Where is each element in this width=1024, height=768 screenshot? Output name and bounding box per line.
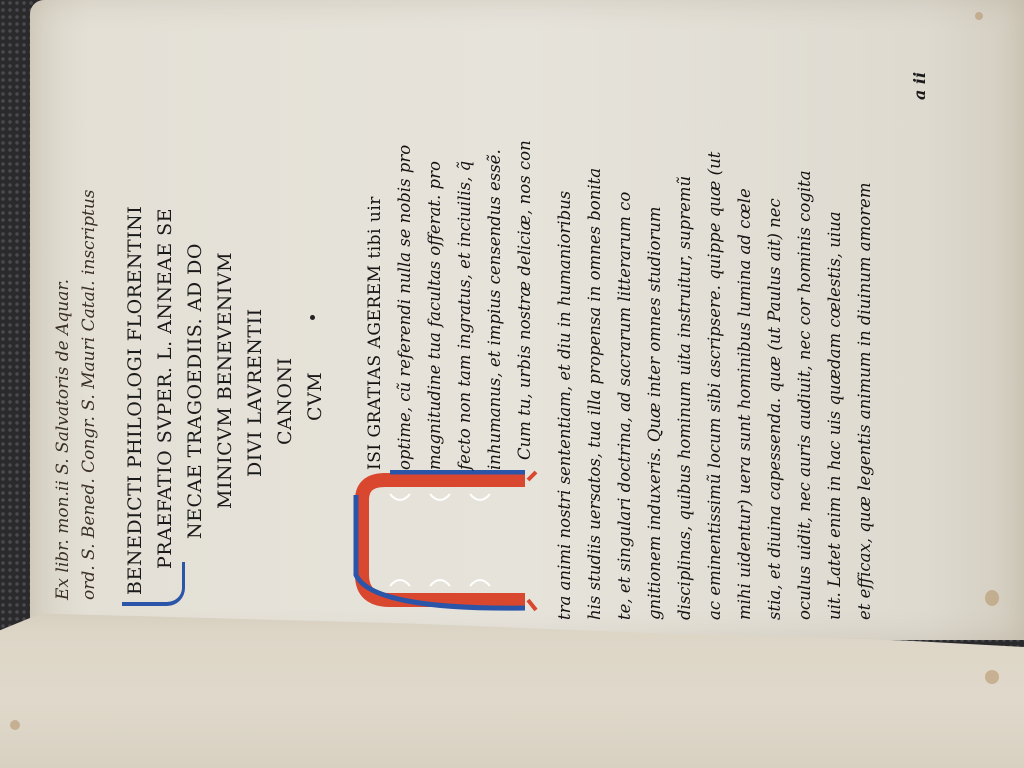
body-text: ISI GRATIAS AGEREM tibi uir optime, cũ r… xyxy=(360,20,540,470)
body-line: gnitionem induxeris. Quæ inter omnes stu… xyxy=(640,20,670,620)
body-line: optime, cũ referendi nulla se nobis pro xyxy=(390,20,420,470)
body-line: te, et singulari doctrina, ad sacrarum l… xyxy=(610,20,640,620)
manuscript-line: Ex libr. mon.ii S. Salvatoris de Aquar. xyxy=(50,40,76,600)
body-line: ac eminentissimũ locum sibi ascripsere. … xyxy=(700,20,730,620)
title-line: CVM xyxy=(300,35,330,595)
body-line: inhumanus, et impius censendus essẽ. xyxy=(480,20,510,470)
body-line: et efficax, quæ legentis animum in diuin… xyxy=(850,20,880,620)
rotated-page-content: Ex libr. mon.ii S. Salvatoris de Aquar. … xyxy=(40,20,980,620)
body-line: uit. Latet enim in hac uis quædam cœlest… xyxy=(820,20,850,620)
paper-stain xyxy=(975,12,983,20)
body-line: disciplinas, quibus hominum uita instrui… xyxy=(670,20,700,620)
body-line: tra animi nostri sententiam, et diu in h… xyxy=(550,20,580,620)
title-line: PRAEFATIO SVPER. L. ANNEAE SE xyxy=(150,35,180,595)
body-line: mihi uidentur) uera sunt hominibus lumin… xyxy=(730,20,760,620)
body-line: Cum tu, urbis nostræ deliciæ, nos con xyxy=(510,20,540,470)
paper-stain xyxy=(985,590,999,606)
body-line: his studiis uersatos, tua illa propensa … xyxy=(580,20,610,620)
body-line: magnitudine tua facultas offerat. pro xyxy=(420,20,450,470)
decorated-initial-n-icon xyxy=(350,470,540,620)
punctuation-dot xyxy=(310,315,315,320)
title-line: DIVI LAVRENTII xyxy=(240,35,270,595)
body-text-continued: tra animi nostri sententiam, et diu in h… xyxy=(550,20,880,620)
body-line: ISI GRATIAS AGEREM tibi uir xyxy=(360,20,390,470)
signature-mark: a ii xyxy=(910,72,929,100)
body-line: oculus uidit, nec auris audiuit, nec cor… xyxy=(790,20,820,620)
title-line: MINICVM BENEVENIVM xyxy=(210,35,240,595)
paper-stain xyxy=(10,720,20,730)
manuscript-ownership-note: Ex libr. mon.ii S. Salvatoris de Aquar. … xyxy=(50,40,102,600)
title-line: NECAE TRAGOEDIIS. AD DO xyxy=(180,35,210,595)
title-block: BENEDICTI PHILOLOGI FLORENTINI PRAEFATIO… xyxy=(120,35,330,595)
manuscript-line: ord. S. Bened. Congr. S. Mauri Catal. in… xyxy=(76,40,102,600)
title-line: CANONI xyxy=(270,35,300,595)
body-line: fecto non tam ingratus, et inciuilis, q̃ xyxy=(450,20,480,470)
body-line: stia, et diuina capessenda. quæ (ut Paul… xyxy=(760,20,790,620)
paper-stain xyxy=(985,670,999,684)
title-line: BENEDICTI PHILOLOGI FLORENTINI xyxy=(120,35,150,595)
